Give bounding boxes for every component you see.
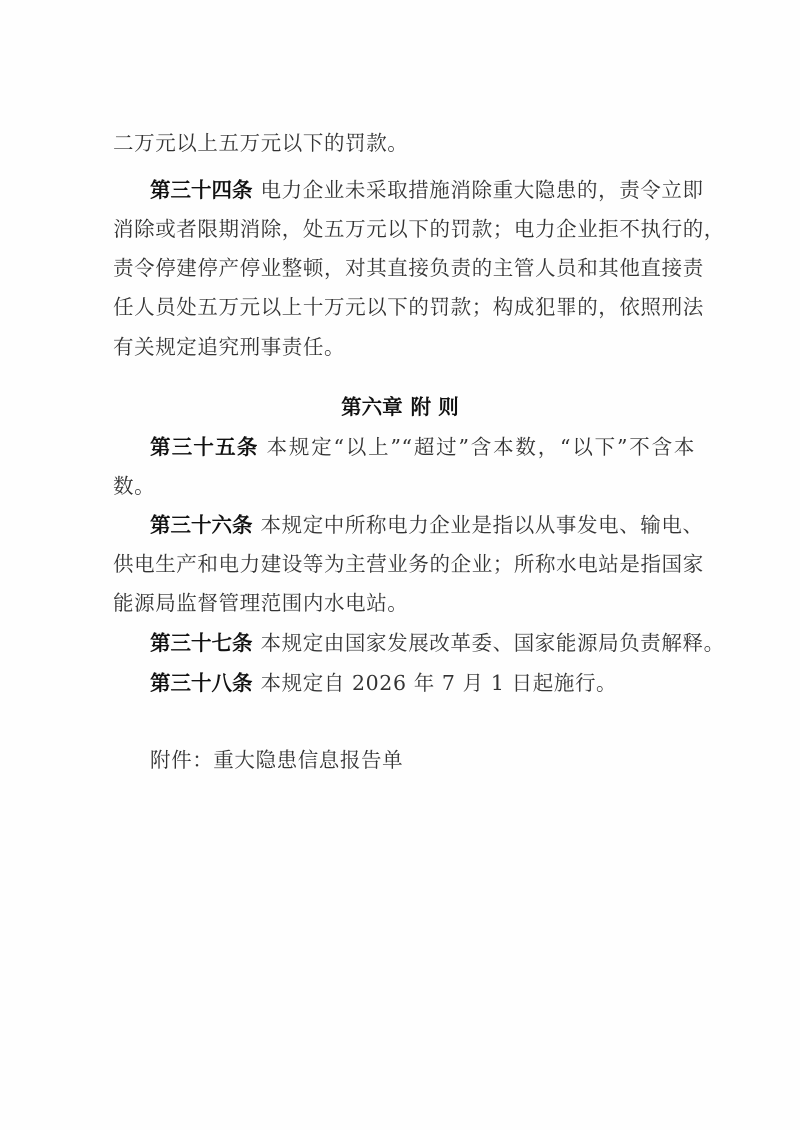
text-line: 责令停建停产停业整顿，对其直接负责的主管人员和其他直接责: [113, 256, 704, 280]
text-line: 二万元以上五万元以下的罚款。: [113, 131, 408, 155]
article-34-line-3: 责令停建停产停业整顿，对其直接负责的主管人员和其他直接责: [113, 256, 695, 280]
article-number: 第三十八条: [150, 671, 253, 695]
text-line: 本规定中所称电力企业是指以从事发电、输电、: [261, 513, 704, 537]
text-line: 本规定由国家发展改革委、国家能源局负责解释。: [261, 631, 725, 655]
article-34-line-2: 消除或者限期消除，处五万元以下的罚款；电力企业拒不执行的，: [113, 217, 695, 241]
text-line: 电力企业未采取措施消除重大隐患的，责令立即: [261, 178, 704, 202]
article-35-line-1: 第三十五条本规定“以上”“超过”含本数，“以下”不含本: [150, 435, 695, 459]
paragraph-line: 二万元以上五万元以下的罚款。: [113, 131, 695, 155]
text-line: 能源局监督管理范围内水电站。: [113, 591, 408, 615]
attachment-line: 附件：重大隐患信息报告单: [150, 748, 695, 772]
article-38-line-1: 第三十八条本规定自 2026 年 7 月 1 日起施行。: [150, 671, 695, 695]
text-line: 供电生产和电力建设等为主营业务的企业；所称水电站是指国家: [113, 552, 704, 576]
attachment-label: 附件：重大隐患信息报告单: [150, 748, 403, 772]
text-line: 本规定“以上”“超过”含本数，“以下”不含本: [267, 435, 695, 459]
text-line: 数。: [113, 474, 155, 498]
article-number: 第三十四条: [150, 178, 253, 202]
article-number: 第三十五条: [150, 435, 259, 459]
document-page: 二万元以上五万元以下的罚款。 第三十四条电力企业未采取措施消除重大隐患的，责令立…: [0, 0, 800, 1130]
text-line: 消除或者限期消除，处五万元以下的罚款；电力企业拒不执行的，: [113, 217, 725, 241]
article-34-line-5: 有关规定追究刑事责任。: [113, 335, 695, 359]
article-37-line-1: 第三十七条本规定由国家发展改革委、国家能源局负责解释。: [150, 631, 710, 655]
chapter-heading: 第六章附 则: [0, 395, 800, 419]
article-36-line-1: 第三十六条本规定中所称电力企业是指以从事发电、输电、: [150, 513, 695, 537]
chapter-number: 第六章: [341, 395, 403, 419]
article-number: 第三十六条: [150, 513, 253, 537]
chapter-title: 附 则: [411, 395, 459, 419]
article-34-line-1: 第三十四条电力企业未采取措施消除重大隐患的，责令立即: [150, 178, 695, 202]
article-34-line-4: 任人员处五万元以上十万元以下的罚款；构成犯罪的，依照刑法: [113, 295, 695, 319]
article-36-line-2: 供电生产和电力建设等为主营业务的企业；所称水电站是指国家: [113, 552, 695, 576]
article-number: 第三十七条: [150, 631, 253, 655]
article-35-line-2: 数。: [113, 474, 695, 498]
text-line: 本规定自 2026 年 7 月 1 日起施行。: [261, 671, 618, 695]
text-line: 任人员处五万元以上十万元以下的罚款；构成犯罪的，依照刑法: [113, 295, 704, 319]
article-36-line-3: 能源局监督管理范围内水电站。: [113, 591, 695, 615]
text-line: 有关规定追究刑事责任。: [113, 335, 345, 359]
